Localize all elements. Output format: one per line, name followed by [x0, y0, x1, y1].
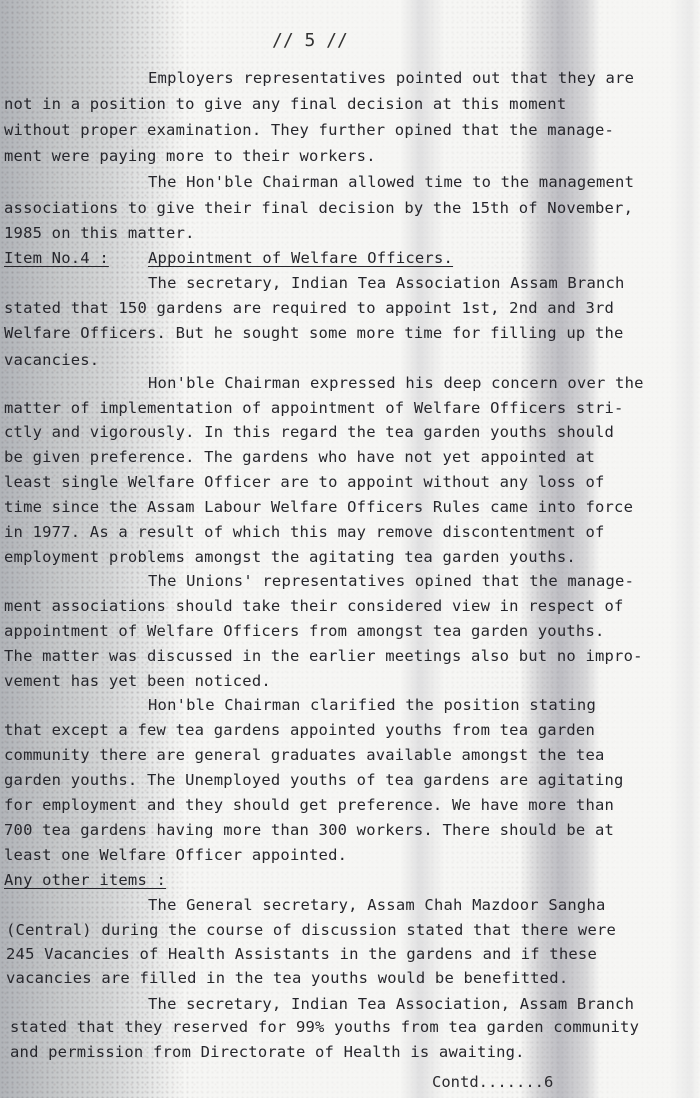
- text-line: for employment and they should get prefe…: [4, 795, 614, 815]
- text-line: garden youths. The Unemployed youths of …: [4, 770, 624, 790]
- text-line: employment problems amongst the agitatin…: [4, 547, 576, 567]
- text-line: matter of implementation of appointment …: [4, 398, 624, 418]
- text-line: and permission from Directorate of Healt…: [10, 1042, 525, 1062]
- page-number: // 5 //: [272, 30, 348, 51]
- text-line: least one Welfare Officer appointed.: [4, 845, 347, 865]
- text-line: time since the Assam Labour Welfare Offi…: [4, 497, 633, 517]
- text-line: appointment of Welfare Officers from amo…: [4, 621, 605, 641]
- text-line: vacancies.: [4, 350, 99, 370]
- text-line: Hon'ble Chairman clarified the position …: [148, 695, 596, 715]
- text-line: 700 tea gardens having more than 300 wor…: [4, 820, 614, 840]
- text-line: stated that they reserved for 99% youths…: [10, 1017, 639, 1037]
- text-line: ctly and vigorously. In this regard the …: [4, 422, 614, 442]
- text-line: in 1977. As a result of which this may r…: [4, 522, 605, 542]
- text-line: ment were paying more to their workers.: [4, 146, 376, 166]
- text-line: The Unions' representatives opined that …: [148, 571, 634, 591]
- text-line: The Hon'ble Chairman allowed time to the…: [148, 172, 634, 192]
- text-line: The General secretary, Assam Chah Mazdoo…: [148, 895, 606, 915]
- text-line: Welfare Officers. But he sought some mor…: [4, 323, 624, 343]
- text-line: The secretary, Indian Tea Association, A…: [148, 994, 634, 1014]
- text-line: 1985 on this matter.: [4, 223, 195, 243]
- text-line: least single Welfare Officer are to appo…: [4, 472, 605, 492]
- text-line: vacancies are filled in the tea youths w…: [6, 968, 568, 988]
- section-heading: Any other items :: [4, 870, 166, 890]
- text-line: vement has yet been noticed.: [4, 671, 271, 691]
- text-line: The secretary, Indian Tea Association As…: [148, 273, 625, 293]
- text-line: 245 Vacancies of Health Assistants in th…: [6, 944, 597, 964]
- text-line: associations to give their final decisio…: [4, 198, 633, 218]
- text-line: ment associations should take their cons…: [4, 596, 624, 616]
- scanned-page: // 5 // Employers representatives pointe…: [0, 0, 700, 1098]
- continued-marker: Contd.......6: [432, 1073, 553, 1091]
- text-line: be given preference. The gardens who hav…: [4, 447, 595, 467]
- text-line: stated that 150 gardens are required to …: [4, 298, 614, 318]
- text-line: community there are general graduates av…: [4, 745, 605, 765]
- text-line: not in a position to give any final deci…: [4, 94, 566, 114]
- text-line: Employers representatives pointed out th…: [148, 68, 634, 88]
- text-line: without proper examination. They further…: [4, 120, 614, 140]
- text-line: Hon'ble Chairman expressed his deep conc…: [148, 373, 644, 393]
- item-number-label: Item No.4 :: [4, 248, 109, 268]
- text-line: (Central) during the course of discussio…: [6, 920, 616, 940]
- text-line: The matter was discussed in the earlier …: [4, 646, 643, 666]
- section-heading: Appointment of Welfare Officers.: [148, 248, 453, 268]
- text-line: that except a few tea gardens appointed …: [4, 720, 595, 740]
